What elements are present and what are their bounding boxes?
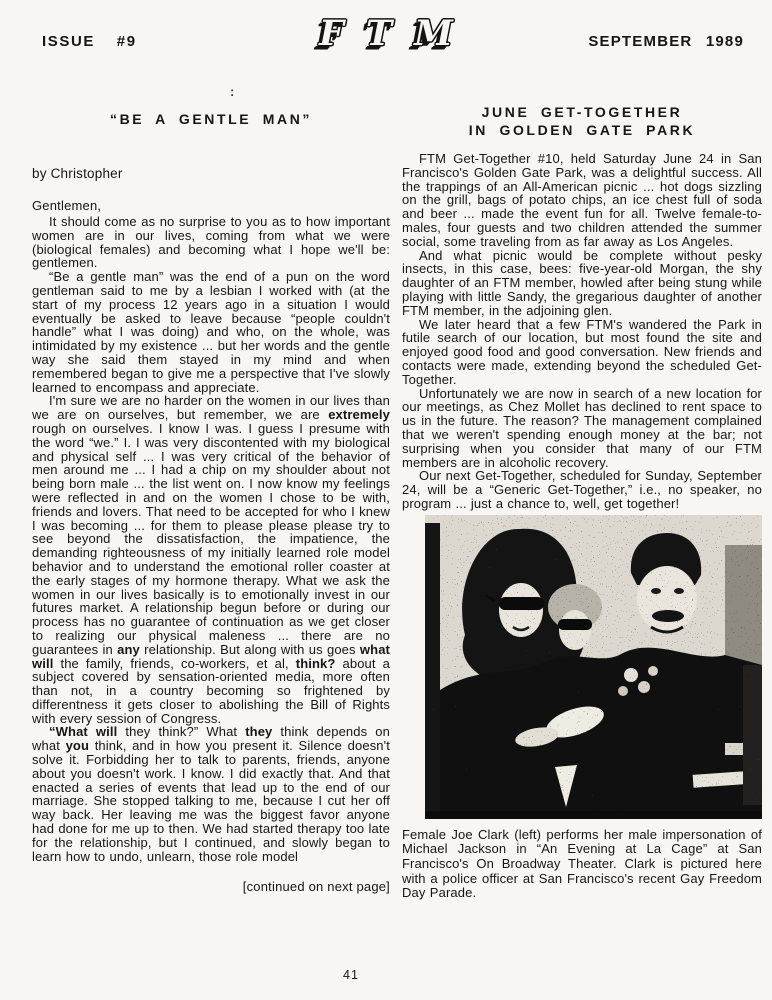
- article-paragraph: “Be a gentle man” was the end of a pun o…: [32, 270, 390, 394]
- salutation: Gentlemen,: [32, 198, 390, 213]
- continued-note: [continued on next page]: [32, 879, 390, 894]
- halftone-photo: [425, 515, 762, 819]
- byline: by Christopher: [32, 166, 390, 181]
- date-label: SEPTEMBER 1989: [588, 33, 744, 50]
- left-article-title: “BE A GENTLE MAN”: [32, 110, 390, 128]
- right-article-title-line1: JUNE GET-TOGETHER: [402, 103, 762, 121]
- newsletter-page: ISSUE #9 FTM SEPTEMBER 1989 : “BE A GENT…: [0, 0, 772, 1000]
- logo-letter-m: M: [414, 16, 453, 51]
- left-column: “BE A GENTLE MAN” by Christopher Gentlem…: [32, 110, 390, 894]
- right-column: JUNE GET-TOGETHER IN GOLDEN GATE PARK FT…: [402, 103, 762, 901]
- right-article-title-line2: IN GOLDEN GATE PARK: [402, 121, 762, 139]
- logo-letter-t: T: [366, 16, 392, 51]
- photo-caption: Female Joe Clark (left) performs her mal…: [402, 828, 762, 901]
- article-paragraph: FTM Get-Together #10, held Saturday June…: [402, 152, 762, 249]
- article-paragraph: And what picnic would be complete withou…: [402, 249, 762, 318]
- article-paragraph: Our next Get-Together, scheduled for Sun…: [402, 469, 762, 510]
- logo-letter-f: F: [319, 16, 344, 51]
- right-article-title: JUNE GET-TOGETHER IN GOLDEN GATE PARK: [402, 103, 762, 139]
- article-paragraph: We later heard that a few FTM's wandered…: [402, 318, 762, 387]
- article-paragraph: “What will they think?” What they think …: [32, 725, 390, 863]
- page-number: 41: [331, 968, 371, 982]
- article-paragraph: I'm sure we are no harder on the women i…: [32, 394, 390, 725]
- article-paragraph: Unfortunately we are now in search of a …: [402, 387, 762, 470]
- scan-artifact: :: [230, 84, 234, 99]
- article-paragraph: It should come as no surprise to you as …: [32, 215, 390, 270]
